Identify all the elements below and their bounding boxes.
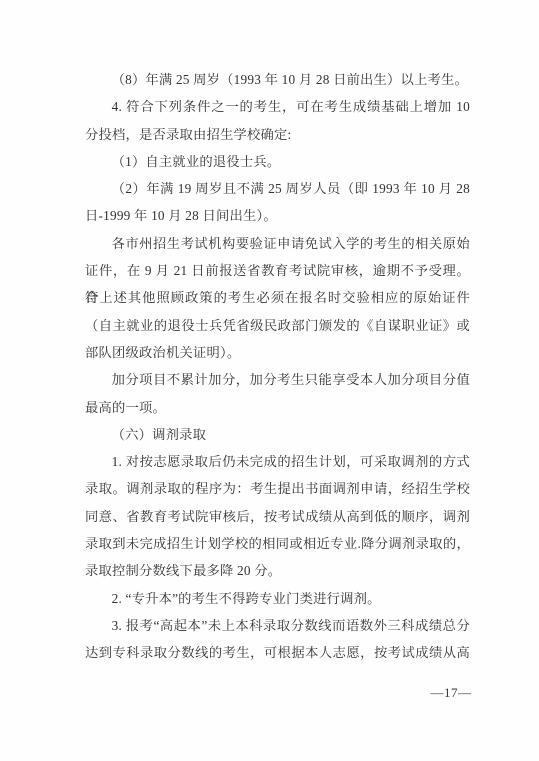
text-line: 1. 对按志愿录取后仍未完成的招生计划，可采取调剂的方式 — [85, 448, 470, 475]
text-line: 最高的一项。 — [85, 394, 470, 421]
text-line: 各市州招生考试机构要验证申请免试入学的考生的相关原始 — [85, 230, 470, 257]
text-line: 证件，在 9 月 21 日前报送省教育考试院审核，逾期不予受理。符 — [85, 257, 470, 284]
text-line: （自主就业的退役士兵凭省级民政部门颁发的《自谋职业证》或 — [85, 312, 470, 339]
paragraph: 4. 符合下列条件之一的考生，可在考生成绩基础上增加 10分投档，是否录取由招生… — [85, 93, 470, 148]
paragraph: （8）年满 25 周岁（1993 年 10 月 28 日前出生）以上考生。 — [85, 66, 470, 93]
paragraph: 2. “专升本”的考生不得跨专业门类进行调剂。 — [85, 585, 470, 612]
text-line: 录取控制分数线下最多降 20 分。 — [85, 557, 470, 584]
text-line: 加分项目不累计加分，加分考生只能享受本人加分项目分值 — [85, 366, 470, 393]
document-page: （8）年满 25 周岁（1993 年 10 月 28 日前出生）以上考生。4. … — [0, 0, 539, 761]
text-line: （六）调剂录取 — [85, 421, 470, 448]
text-line: （2）年满 19 周岁且不满 25 周岁人员（即 1993 年 10 月 28 — [85, 175, 470, 202]
text-line: 4. 符合下列条件之一的考生，可在考生成绩基础上增加 10 — [85, 93, 470, 120]
paragraph: （2）年满 19 周岁且不满 25 周岁人员（即 1993 年 10 月 28日… — [85, 175, 470, 230]
text-line: 合上述其他照顾政策的考生必须在报名时交验相应的原始证件 — [85, 284, 470, 311]
paragraph: 加分项目不累计加分，加分考生只能享受本人加分项目分值最高的一项。 — [85, 366, 470, 421]
text-line: 分投档，是否录取由招生学校确定: — [85, 121, 470, 148]
text-line: （1）自主就业的退役士兵。 — [85, 148, 470, 175]
text-line: 3. 报考“高起本”未上本科录取分数线而语数外三科成绩总分 — [85, 612, 470, 639]
text-line: （8）年满 25 周岁（1993 年 10 月 28 日前出生）以上考生。 — [85, 66, 470, 93]
text-line: 达到专科录取分数线的考生，可根据本人志愿，按考试成绩从高 — [85, 639, 470, 666]
text-line: 2. “专升本”的考生不得跨专业门类进行调剂。 — [85, 585, 470, 612]
paragraph: 各市州招生考试机构要验证申请免试入学的考生的相关原始证件，在 9 月 21 日前… — [85, 230, 470, 366]
paragraph: （六）调剂录取 — [85, 421, 470, 448]
text-line: 部队团级政治机关证明）。 — [85, 339, 470, 366]
text-line: 录取。调剂录取的程序为：考生提出书面调剂申请，经招生学校 — [85, 475, 470, 502]
page-number: —17— — [425, 685, 477, 701]
paragraph: 1. 对按志愿录取后仍未完成的招生计划，可采取调剂的方式录取。调剂录取的程序为：… — [85, 448, 470, 584]
text-line: 录取到未完成招生计划学校的相同或相近专业.降分调剂录取的， — [85, 530, 470, 557]
paragraph: （1）自主就业的退役士兵。 — [85, 148, 470, 175]
text-line: 同意、省教育考试院审核后，按考试成绩从高到低的顺序，调剂 — [85, 503, 470, 530]
text-line: 日-1999 年 10 月 28 日间出生）。 — [85, 202, 470, 229]
paragraph: 3. 报考“高起本”未上本科录取分数线而语数外三科成绩总分达到专科录取分数线的考… — [85, 612, 470, 667]
document-body: （8）年满 25 周岁（1993 年 10 月 28 日前出生）以上考生。4. … — [85, 66, 470, 667]
